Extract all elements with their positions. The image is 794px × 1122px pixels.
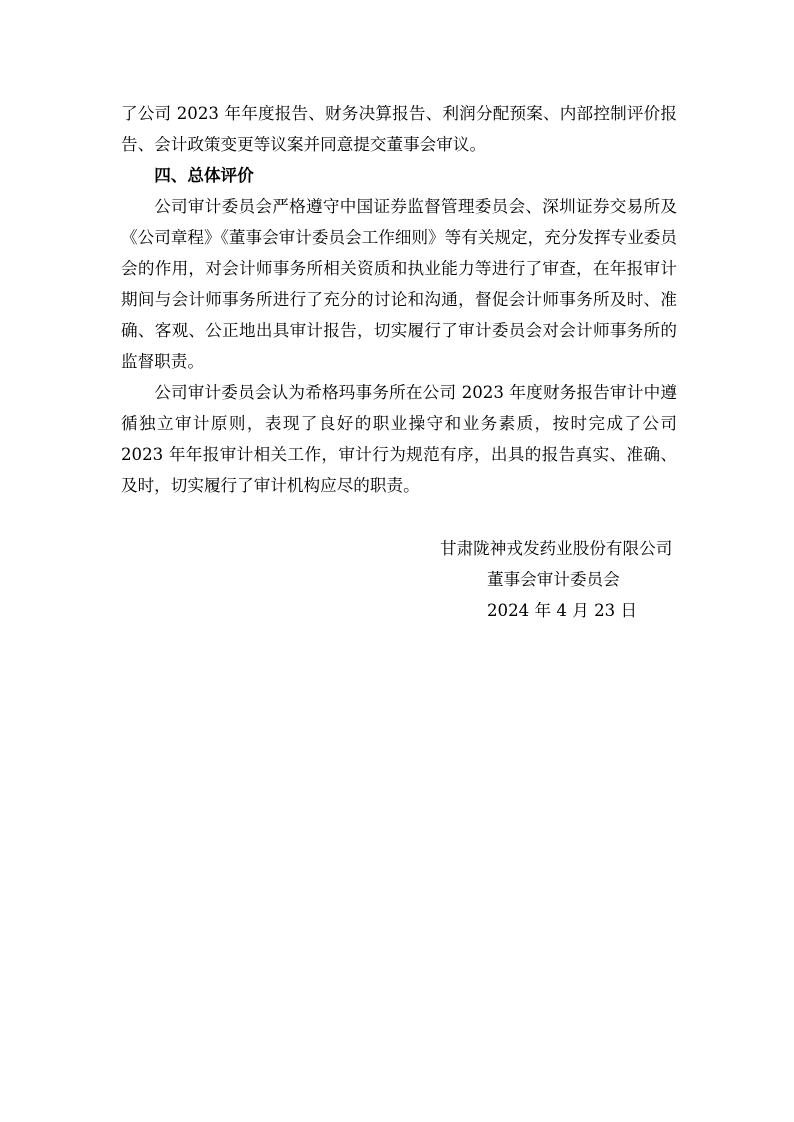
document-page: 了公司 2023 年年度报告、财务决算报告、利润分配预案、内部控制评价报告、会计… (0, 0, 794, 1122)
paragraph-2: 公司审计委员会认为希格玛事务所在公司 2023 年度财务报告审计中遵循独立审计原… (121, 377, 677, 501)
signature-date: 2024 年 4 月 23 日 (487, 595, 637, 626)
document-body: 了公司 2023 年年度报告、财务决算报告、利润分配预案、内部控制评价报告、会计… (121, 98, 677, 501)
signature-company: 甘肃陇神戎发药业股份有限公司 (440, 533, 672, 564)
continuation-paragraph: 了公司 2023 年年度报告、财务决算报告、利润分配预案、内部控制评价报告、会计… (121, 98, 677, 160)
signature-committee: 董事会审计委员会 (487, 564, 620, 595)
section-heading: 四、总体评价 (121, 160, 677, 191)
paragraph-1: 公司审计委员会严格遵守中国证券监督管理委员会、深圳证券交易所及《公司章程》《董事… (121, 191, 677, 377)
